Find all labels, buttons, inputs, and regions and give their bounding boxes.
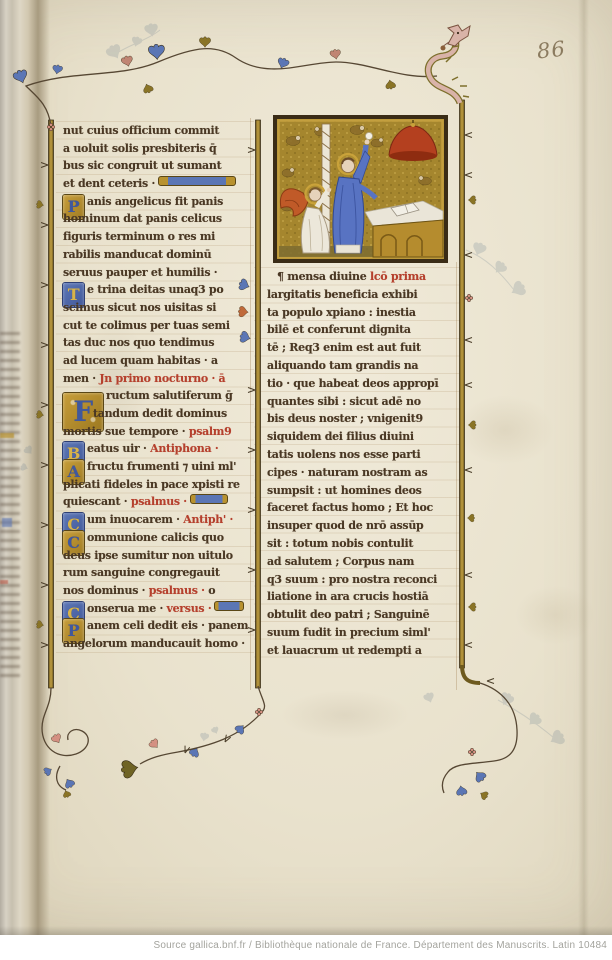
facing-page-blue-initial <box>2 518 12 527</box>
manuscript-text-line: cut te colimus per tuas semi <box>63 317 250 335</box>
caption-bar: Source gallica.bnf.fr / Bibliothèque nat… <box>0 935 612 960</box>
manuscript-text-line: quiescant · psalmus · <box>63 493 250 511</box>
manuscript-text-line: et lauacrum ut redempti a <box>267 642 460 660</box>
body-text: tas duc nos quo tendimus <box>63 336 214 349</box>
manuscript-text-line: plicati fideles in pace xpisti re <box>63 476 250 494</box>
manuscript-text-line: aliquando tam grandis na <box>267 357 460 375</box>
manuscript-text-line: liatione in ara crucis hostiā <box>267 588 460 606</box>
body-text: men · <box>63 372 99 385</box>
body-text: rabilis manducat dominū <box>63 248 211 261</box>
manuscript-text-line: sumpsit : ut homines deos <box>267 482 460 500</box>
manuscript-photo: nut cuius officium commita uoluit solis … <box>0 0 612 935</box>
body-text: seruus pauper et humilis · <box>63 266 217 279</box>
body-text: ructum salutiferum ḡ <box>106 389 232 402</box>
body-text: nos dominus · <box>63 584 149 597</box>
manuscript-text-line: ad lucem quam habitas · a <box>63 352 250 370</box>
manuscript-text-line: rabilis manducat dominū <box>63 246 250 264</box>
line-filler-ornament <box>158 176 236 186</box>
manuscript-text-line: ad salutem ; Corpus nam <box>267 553 460 571</box>
manuscript-text-line: bis deus noster ; vnigenit9 <box>267 410 460 428</box>
body-text: bilē et conferunt dignita <box>267 323 411 336</box>
body-text: cut te colimus per tuas semi <box>63 319 230 332</box>
miniature-illustration <box>273 115 448 263</box>
text-column-right: ¶ mensa diuine lcō primalargitatis bene… <box>267 268 460 660</box>
manuscript-text-line: seruus pauper et humilis · <box>63 264 250 282</box>
manuscript-text-line: nos dominus · psalmus · o <box>63 582 250 600</box>
rubric-text: psalmus · <box>131 495 187 508</box>
body-text: tatis uolens nos esse parti <box>267 448 420 461</box>
rubric-text: psalmus · <box>149 584 205 597</box>
manuscript-text-line: Beatus uir · Antiphona · <box>63 440 250 458</box>
body-text: fructu frumenti ⁊ uini ml' <box>87 460 236 473</box>
manuscript-text-line: ¶ mensa diuine lcō prima <box>267 268 460 286</box>
manuscript-text-line: tatis uolens nos esse parti <box>267 446 460 464</box>
body-text: anem celi dedit eis · panem <box>87 619 248 632</box>
body-text: tandum dedit dominus <box>93 407 227 420</box>
body-text: deus ipse sumitur non uitulo <box>63 549 233 562</box>
body-text: et dent ceteris · <box>63 177 155 190</box>
body-text: hominum dat panis celicus <box>63 212 222 225</box>
manuscript-text-line: obtulit deo patri ; Sanguinē <box>267 606 460 624</box>
body-text: um inuocarem · <box>87 513 183 526</box>
manuscript-text-line: rum sanguine congregauit <box>63 564 250 582</box>
body-text: insuper quod de nrō assūp <box>267 519 423 532</box>
body-text: tē ; Req3 enim est aut fuit <box>267 341 421 354</box>
manuscript-text-line: Panem celi dedit eis · panem <box>63 617 250 635</box>
parchment-stain <box>515 585 595 645</box>
manuscript-text-line: scimus sicut nos uisitas si <box>63 299 250 317</box>
manuscript-text-line: Te trina deitas unaq3 po <box>63 281 250 299</box>
manuscript-text-line: cipes · naturam nostram as <box>267 464 460 482</box>
source-caption: Source gallica.bnf.fr / Bibliothèque nat… <box>153 940 607 951</box>
body-text: bus sic congruit ut sumant <box>63 159 221 172</box>
manuscript-text-line: q3 suum : pro nostra reconci <box>267 571 460 589</box>
manuscript-text-line: tio · que habeat deos appropī <box>267 375 460 393</box>
dragon-icon <box>428 25 470 103</box>
body-text: rum sanguine congregauit <box>63 566 220 579</box>
body-text: quantes sibi : sicut adē no <box>267 395 421 408</box>
manuscript-text-line: et dent ceteris · <box>63 175 250 193</box>
body-text: siquidem dei filius diuini <box>267 430 414 443</box>
line-filler-ornament <box>190 494 228 504</box>
manuscript-text-line: siquidem dei filius diuini <box>267 428 460 446</box>
body-text: tio · que habeat deos appropī <box>267 377 438 390</box>
body-text: largitatis beneficia exhibi <box>267 288 417 301</box>
body-text: q3 suum : pro nostra reconci <box>267 573 437 586</box>
folio-number: 86 <box>536 37 567 64</box>
host <box>366 133 373 140</box>
manuscript-text-line: tas duc nos quo tendimus <box>63 334 250 352</box>
manuscript-text-line: faceret factus homo ; Et hoc <box>267 499 460 517</box>
body-text: aliquando tam grandis na <box>267 359 418 372</box>
parchment-stain <box>455 395 555 465</box>
altar <box>365 201 443 257</box>
manuscript-text-line: tē ; Req3 enim est aut fuit <box>267 339 460 357</box>
body-text: figuris terminum o res mi <box>63 230 215 243</box>
facing-page-gold-filler <box>0 433 14 438</box>
body-text: a uoluit solis presbiteris q̄ <box>63 142 216 155</box>
manuscript-text-line: suum fudit in precium siml' <box>267 624 460 642</box>
facing-page-red-mark <box>0 580 8 584</box>
manuscript-text-line: largitatis beneficia exhibi <box>267 286 460 304</box>
body-text: mortis sue tempore · <box>63 425 189 438</box>
manuscript-text-line: Fructum salutiferum ḡ <box>63 387 250 405</box>
manuscript-text-line: hominum dat panis celicus <box>63 210 250 228</box>
rubric-text: psalm9 <box>189 425 232 438</box>
body-text: o <box>205 584 216 597</box>
manuscript-text-line: a uoluit solis presbiteris q̄ <box>63 140 250 158</box>
body-text: quiescant · <box>63 495 131 508</box>
line-filler-ornament <box>214 601 244 611</box>
body-text: cipes · naturam nostram as <box>267 466 427 479</box>
body-text: ad salutem ; Corpus nam <box>267 555 414 568</box>
body-text: eatus uir · <box>87 442 150 455</box>
manuscript-text-line: quantes sibi : sicut adē no <box>267 393 460 411</box>
facing-page-showthrough <box>0 332 20 677</box>
manuscript-text-line: bus sic congruit ut sumant <box>63 157 250 175</box>
rubric-text: Antiphona · <box>150 442 218 455</box>
body-text: angelorum manducauit homo · <box>63 637 245 650</box>
body-text: faceret factus homo ; Et hoc <box>267 501 433 514</box>
rubric-text: versus · <box>167 602 212 615</box>
manuscript-text-line: Communione calicis quo <box>63 529 250 547</box>
manuscript-text-line: bilē et conferunt dignita <box>267 321 460 339</box>
body-text: onserua me · <box>87 602 167 615</box>
ruling-vertical <box>250 118 251 690</box>
body-text: e trina deitas unaq3 po <box>87 283 223 296</box>
body-text: ta populo xpiano : inestia <box>267 306 416 319</box>
rubric-text: Jn primo nocturno · ā <box>99 372 225 385</box>
body-text: scimus sicut nos uisitas si <box>63 301 216 314</box>
body-text: sit : totum nobis contulit <box>267 537 413 550</box>
manuscript-text-line: Panis angelicus fit panis <box>63 193 250 211</box>
manuscript-text-line: Afructu frumenti ⁊ uini ml' <box>63 458 250 476</box>
body-text: liatione in ara crucis hostiā <box>267 590 428 603</box>
body-text: sumpsit : ut homines deos <box>267 484 422 497</box>
manuscript-text-line: ta populo xpiano : inestia <box>267 304 460 322</box>
manuscript-text-line: figuris terminum o res mi <box>63 228 250 246</box>
body-text: ad lucem quam habitas · a <box>63 354 218 367</box>
manuscript-text-line: insuper quod de nrō assūp <box>267 517 460 535</box>
body-text: suum fudit in precium siml' <box>267 626 430 639</box>
rubric-text: Antiph' · <box>183 513 233 526</box>
body-text: nut cuius officium commit <box>63 124 219 137</box>
manuscript-text-line: mortis sue tempore · psalm9 <box>63 423 250 441</box>
rubric-text: lcō prima <box>370 270 426 283</box>
body-text: ¶ mensa diuine <box>277 270 370 283</box>
manuscript-text-line: angelorum manducauit homo · <box>63 635 250 653</box>
manuscript-text-line: deus ipse sumitur non uitulo <box>63 547 250 565</box>
body-text: bis deus noster ; vnigenit9 <box>267 412 423 425</box>
text-column-left: nut cuius officium commita uoluit solis … <box>63 122 250 653</box>
manuscript-text-line: nut cuius officium commit <box>63 122 250 140</box>
parchment-stain <box>280 690 410 740</box>
manuscript-scan-page: { "page": { "folio_number": "86", "capti… <box>0 0 612 960</box>
body-text: obtulit deo patri ; Sanguinē <box>267 608 429 621</box>
manuscript-text-line: Cum inuocarem · Antiph' · <box>63 511 250 529</box>
manuscript-text-line: Conserua me · versus · <box>63 600 250 618</box>
body-text: et lauacrum ut redempti a <box>267 644 422 657</box>
body-text: anis angelicus fit panis <box>87 195 223 208</box>
body-text: ommunione calicis quo <box>87 531 224 544</box>
manuscript-text-line: men · Jn primo nocturno · ā <box>63 370 250 388</box>
body-text: plicati fideles in pace xpisti re <box>63 478 240 491</box>
manuscript-text-line: sit : totum nobis contulit <box>267 535 460 553</box>
